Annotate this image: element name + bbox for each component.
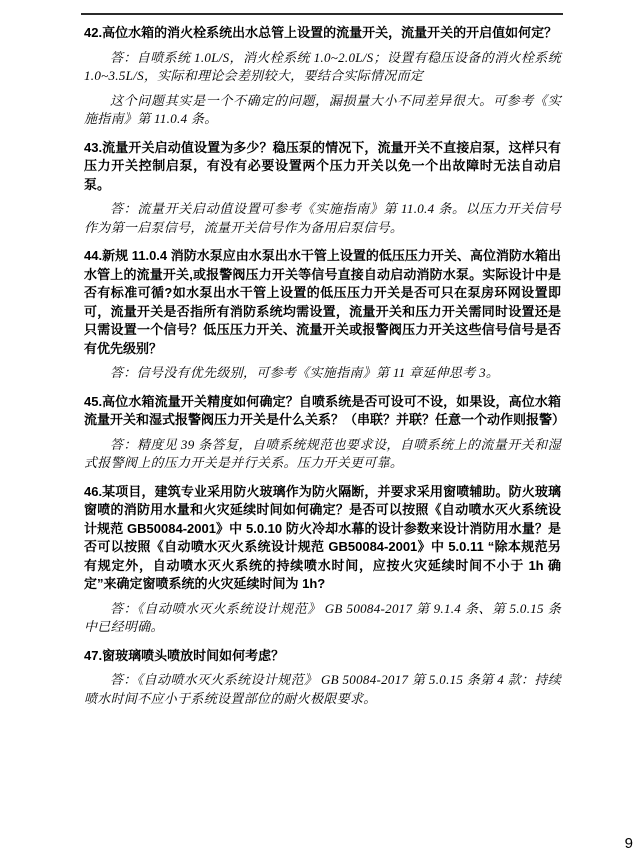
question-47: 47.窗玻璃喷头喷放时间如何考虑？	[84, 647, 561, 666]
page-content: 42.高位水箱的消火栓系统出水总管上设置的流量开关，流量开关的开启值如何定？ 答…	[84, 20, 561, 708]
answer-42-paragraph-1: 答：自喷系统 1.0L/S，消火栓系统 1.0~2.0L/S；设置有稳压设备的消…	[84, 49, 561, 86]
answer-46-paragraph-1: 答：《自动喷水灭火系统设计规范》 GB 50084-2017 第 9.1.4 条…	[84, 600, 561, 637]
answer-44-paragraph-1: 答：信号没有优先级别，可参考《实施指南》第 11 章延伸思考 3。	[84, 364, 561, 383]
answer-47-paragraph-1: 答：《自动喷水灭火系统设计规范》 GB 50084-2017 第 5.0.15 …	[84, 671, 561, 708]
answer-42-paragraph-2: 这个问题其实是一个不确定的问题，漏损量大小不同差异很大。可参考《实施指南》第 1…	[84, 92, 561, 129]
question-46: 46.某项目，建筑专业采用防火玻璃作为防火隔断，并要求采用窗喷辅助。防火玻璃窗喷…	[84, 483, 561, 594]
header-rule	[81, 13, 563, 15]
question-43: 43.流量开关启动值设置为多少？稳压泵的情况下，流量开关不直接启泵，这样只有压力…	[84, 139, 561, 195]
question-45: 45.高位水箱流量开关精度如何确定？自喷系统是否可设可不设，如果设，高位水箱流量…	[84, 393, 561, 430]
document-page: 42.高位水箱的消火栓系统出水总管上设置的流量开关，流量开关的开启值如何定？ 答…	[0, 0, 640, 856]
answer-45-paragraph-1: 答：精度见 39 条答复，自喷系统规范也要求设，自喷系统上的流量开关和湿式报警阀…	[84, 436, 561, 473]
answer-43-paragraph-1: 答：流量开关启动值设置可参考《实施指南》第 11.0.4 条。以压力开关信号作为…	[84, 200, 561, 237]
question-42: 42.高位水箱的消火栓系统出水总管上设置的流量开关，流量开关的开启值如何定？	[84, 24, 561, 43]
page-number: 9	[625, 835, 633, 852]
question-44: 44.新规 11.0.4 消防水泵应由水泵出水干管上设置的低压压力开关、高位消防…	[84, 247, 561, 358]
